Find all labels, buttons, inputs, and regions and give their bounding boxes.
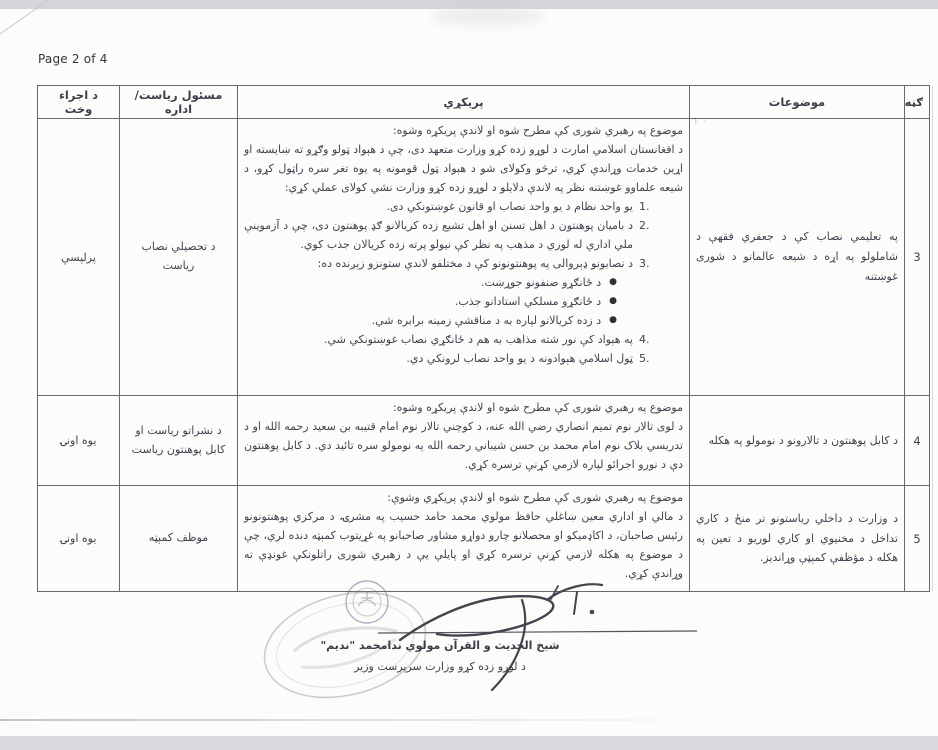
decisions-cell: موضوع په رهبري شورى کې مطرح شوه او لاندې… xyxy=(238,396,690,486)
decisions-table: ګڼه موضوعات پريکړي مسئول رياست/ اداره د … xyxy=(37,85,930,592)
item-number: 1. xyxy=(639,197,657,216)
scanned-document-page: ٠ ١ Page 2 of 4 ګڼه موضوعات پريکړي مسئول… xyxy=(0,0,938,750)
bullet-icon: ● xyxy=(609,273,617,292)
bullet-text: د زده کريالانو لپاره به د مناقشې زمينه ب… xyxy=(372,311,602,330)
header-serial: ګڼه xyxy=(905,86,930,119)
numbered-item: 2. د باميان پوهنتون د اهل تسنن او اهل تش… xyxy=(244,216,657,254)
directorate-cell: د نشراتو رياست او کابل پوهنتون رياست xyxy=(120,396,238,486)
item-number: 3. xyxy=(639,254,657,273)
emblem-icon xyxy=(346,581,388,623)
item-text: د باميان پوهنتون د اهل تسنن او اهل تشيع … xyxy=(244,216,633,254)
bullet-icon: ● xyxy=(609,292,617,311)
numbered-item: 4. په هېواد کې نور شته مذاهب به هم د ځان… xyxy=(244,330,657,349)
stamp-and-signature-graphic xyxy=(240,568,720,738)
decisions-cell: موضوع په رهبري شورى کې مطرح شوه او لاندې… xyxy=(238,119,690,396)
bullet-text: د ځانګړو صنفونو جوړښت. xyxy=(481,273,601,292)
table-header-row: ګڼه موضوعات پريکړي مسئول رياست/ اداره د … xyxy=(38,86,930,119)
decision-body: د افغانستان اسلامي امارت د لوړو زده کړو … xyxy=(244,140,683,197)
serial-cell: 5 xyxy=(905,486,930,592)
signature-ink xyxy=(400,584,602,690)
decision-intro: موضوع په رهبري شورى کې مطرح شوه او لاندې… xyxy=(244,121,683,140)
table-row: 3 په تعليمي نصاب کې د جعفري فقهې د شاملو… xyxy=(38,119,930,396)
scan-smudge xyxy=(430,6,545,26)
decision-intro: موضوع په رهبري شورى کې مطرح شوه او لاندې… xyxy=(244,398,683,417)
decision-body: د لوى تالار نوم تميم انصاري رضي الله عنه… xyxy=(244,417,683,474)
signature-block xyxy=(240,568,720,738)
numbered-item: 5. ټول اسلامي هېوادونه د يو واحد نصاب لر… xyxy=(244,349,657,368)
numbered-list: 1. يو واحد نظام د يو واحد نصاب او قانون … xyxy=(244,197,683,368)
topic-cell: د کابل پوهنتون د تالارونو د نومولو په هک… xyxy=(690,396,905,486)
numbered-item: 1. يو واحد نظام د يو واحد نصاب او قانون … xyxy=(244,197,657,216)
item-number: 4. xyxy=(639,330,657,349)
page-edge-shadow xyxy=(932,86,933,591)
sub-bullet-item: ● د زده کريالانو لپاره به د مناقشې زمينه… xyxy=(244,311,617,330)
topic-cell: د وزارت د داخلي رياستونو تر منځ د کاري ت… xyxy=(690,486,905,592)
table-row: 4 د کابل پوهنتون د تالارونو د نومولو په … xyxy=(38,396,930,486)
scanner-edge-bottom xyxy=(0,736,938,750)
signatory-title: د لوړو زده کړو وزارت سرپرست وزير xyxy=(270,660,610,673)
exec-time-cell: يوه اونۍ xyxy=(38,486,120,592)
bullet-text: د ځانګړو مسلکي استادانو جذب. xyxy=(455,292,601,311)
header-directorate: مسئول رياست/ اداره xyxy=(120,86,238,119)
serial-cell: 3 xyxy=(905,119,930,396)
sub-bullet-item: ● د ځانګړو صنفونو جوړښت. xyxy=(244,273,617,292)
signatory-name: شيخ الحديث و القرآن مولوي ندامحمد "نديم" xyxy=(270,639,610,652)
topic-cell: په تعليمي نصاب کې د جعفري فقهې د شاملولو… xyxy=(690,119,905,396)
item-text: په هېواد کې نور شته مذاهب به هم د ځانګړي… xyxy=(244,330,633,349)
decision-intro: موضوع په رهبري شورى کې مطرح شوه او لاندې… xyxy=(244,488,683,507)
item-text: د نصابونو ډېروالى په پوهنتونونو کې د مخت… xyxy=(244,254,633,273)
page-number-label: Page 2 of 4 xyxy=(38,52,108,66)
serial-cell: 4 xyxy=(905,396,930,486)
numbered-item: 3. د نصابونو ډېروالى په پوهنتونونو کې د … xyxy=(244,254,657,273)
header-exec-time: د اجراء وخت xyxy=(38,86,120,119)
item-text: يو واحد نظام د يو واحد نصاب او قانون غوښ… xyxy=(244,197,633,216)
directorate-cell: د تحصيلي نصاب رياست xyxy=(120,119,238,396)
header-decisions: پريکړي xyxy=(238,86,690,119)
bullet-icon: ● xyxy=(609,311,617,330)
item-number: 2. xyxy=(639,216,657,254)
sub-bullet-item: ● د ځانګړو مسلکي استادانو جذب. xyxy=(244,292,617,311)
header-topics: موضوعات xyxy=(690,86,905,119)
directorate-cell: موظف کمېټه xyxy=(120,486,238,592)
exec-time-cell: پرلپسې xyxy=(38,119,120,396)
item-number: 5. xyxy=(639,349,657,368)
item-text: ټول اسلامي هېوادونه د يو واحد نصاب لرونک… xyxy=(244,349,633,368)
exec-time-cell: يوه اونۍ xyxy=(38,396,120,486)
